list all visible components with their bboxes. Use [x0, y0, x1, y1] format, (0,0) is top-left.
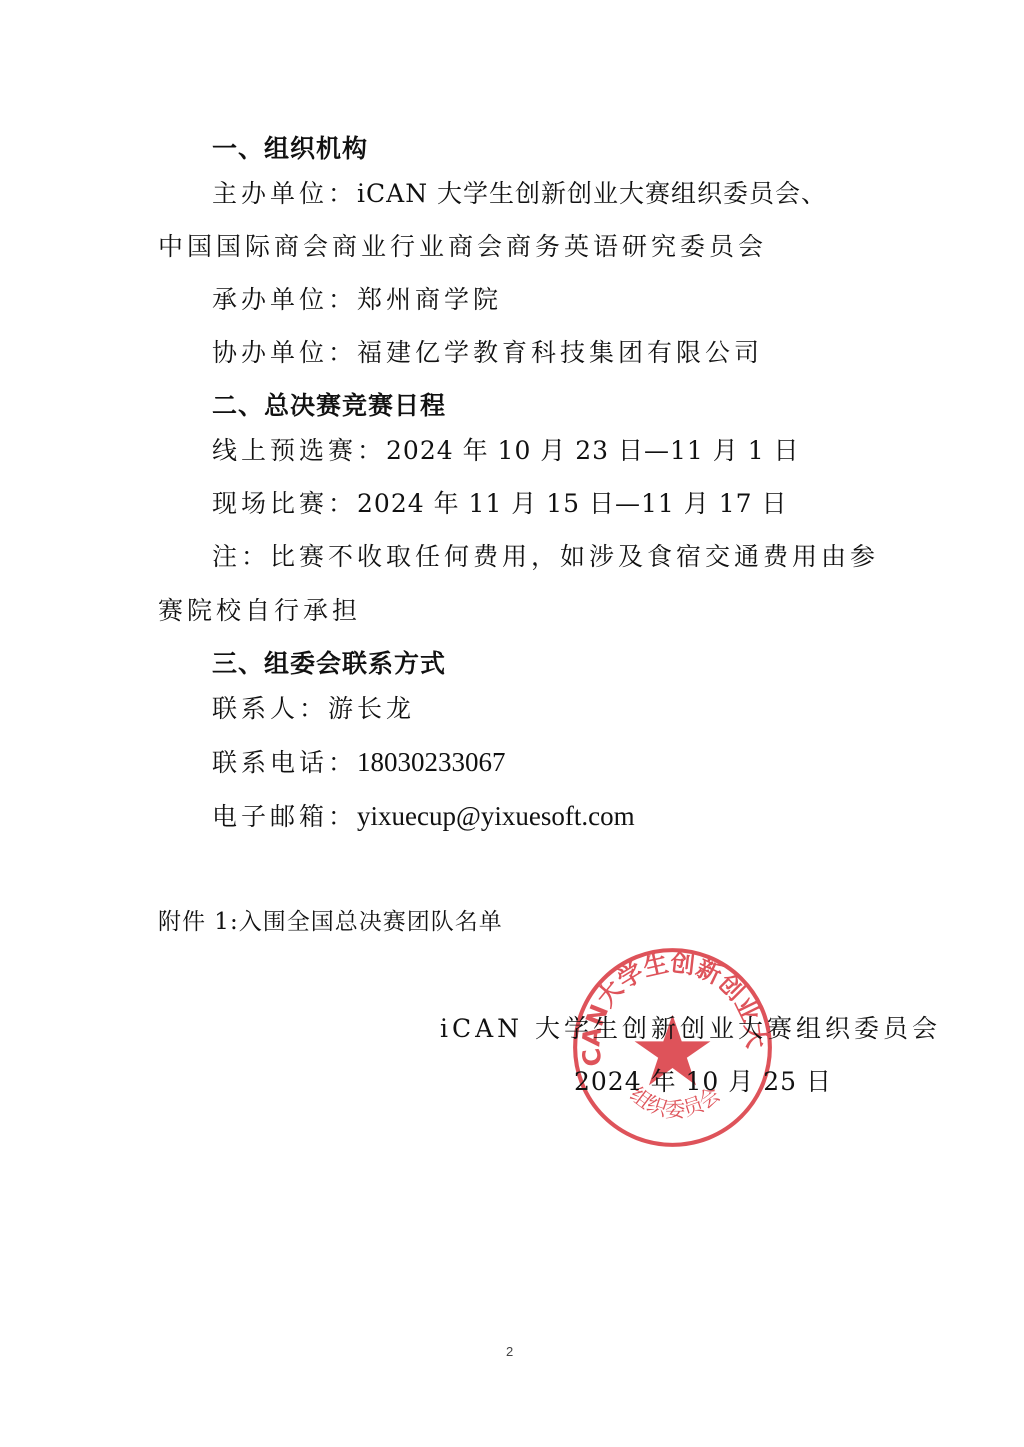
- contact-phone-value: 18030233067: [357, 747, 506, 777]
- note-value: 比赛不收取任何费用，如涉及食宿交通费用由参: [270, 542, 879, 571]
- section-heading-contact: 三、组委会联系方式: [212, 648, 446, 680]
- contact-email-line: 电子邮箱：yixuecup@yixuesoft.com: [212, 800, 635, 833]
- onsite-competition-label: 现场比赛：: [212, 489, 357, 518]
- signature-organization: iCAN 大学生创新创业大赛组织委员会: [440, 1013, 941, 1045]
- organizer-line: 承办单位：郑州商学院: [212, 284, 502, 316]
- contact-person-value: 游长龙: [328, 694, 415, 723]
- contact-phone-line: 联系电话：18030233067: [212, 746, 506, 779]
- page-number: 2: [506, 1344, 513, 1359]
- signature-date: 2024 年 10 月 25 日: [574, 1066, 832, 1098]
- section-heading-organization: 一、组织机构: [212, 133, 368, 165]
- host-unit-label: 主办单位：: [212, 179, 357, 208]
- onsite-competition-line: 现场比赛：2024 年 11 月 15 日—11 月 17 日: [212, 488, 787, 520]
- note-line: 注：比赛不收取任何费用，如涉及食宿交通费用由参: [212, 541, 879, 573]
- contact-person-label: 联系人：: [212, 694, 328, 723]
- note-label: 注：: [212, 542, 270, 571]
- host-unit-continuation: 中国国际商会商业行业商会商务英语研究委员会: [158, 231, 767, 263]
- contact-phone-label: 联系电话：: [212, 748, 357, 777]
- contact-email-value[interactable]: yixuecup@yixuesoft.com: [357, 801, 635, 831]
- onsite-competition-value: 2024 年 11 月 15 日—11 月 17 日: [357, 489, 787, 518]
- note-continuation: 赛院校自行承担: [158, 595, 361, 627]
- co-organizer-line: 协办单位：福建亿学教育科技集团有限公司: [212, 337, 763, 369]
- official-seal-icon: iCAN大学生创新创业大赛 组织委员会: [570, 945, 775, 1150]
- online-prelim-label: 线上预选赛：: [212, 436, 386, 465]
- host-unit-value: iCAN 大学生创新创业大赛组织委员会、: [357, 179, 827, 208]
- contact-email-label: 电子邮箱：: [212, 802, 357, 831]
- contact-person-line: 联系人：游长龙: [212, 693, 415, 725]
- host-unit-line: 主办单位：iCAN 大学生创新创业大赛组织委员会、: [212, 178, 827, 210]
- co-organizer-value: 福建亿学教育科技集团有限公司: [357, 338, 763, 367]
- attachment-note: 附件 1:入围全国总决赛团队名单: [158, 906, 503, 938]
- section-heading-schedule: 二、总决赛竞赛日程: [212, 390, 446, 422]
- online-prelim-line: 线上预选赛：2024 年 10 月 23 日—11 月 1 日: [212, 435, 800, 467]
- organizer-value: 郑州商学院: [357, 285, 502, 314]
- organizer-label: 承办单位：: [212, 285, 357, 314]
- online-prelim-value: 2024 年 10 月 23 日—11 月 1 日: [386, 436, 800, 465]
- co-organizer-label: 协办单位：: [212, 338, 357, 367]
